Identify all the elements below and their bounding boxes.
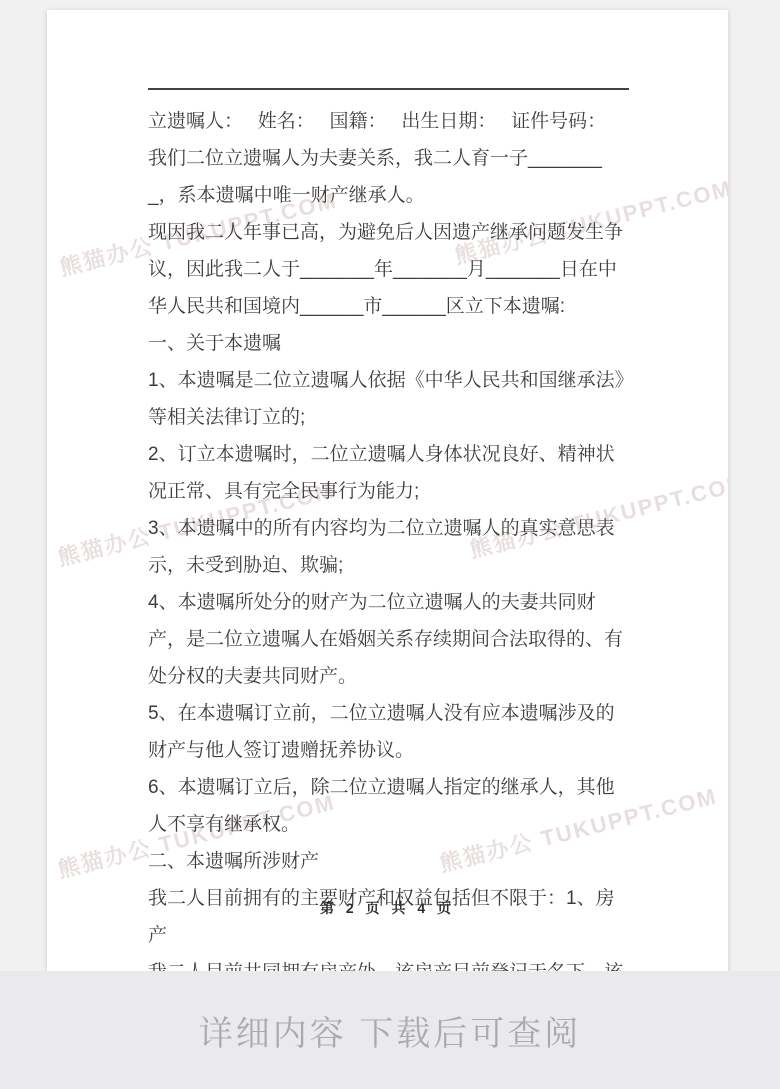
paragraph: 2、订立本遗嘱时，二位立遗嘱人身体状况良好、精神状况正常、具有完全民事行为能力; [148, 436, 629, 510]
document-page: 熊猫办公 TUKUPPT.COM熊猫办公 TUKUPPT.COM熊猫办公 TUK… [47, 10, 728, 971]
paragraph: 3、本遗嘱中的所有内容均为二位立遗嘱人的真实意思表示，未受到胁迫、欺骗; [148, 510, 629, 584]
page-number: 第 2 页 共 4 页 [47, 898, 728, 918]
header-rule [148, 88, 629, 90]
download-hint-bar: 详细内容 下载后可查阅 [0, 971, 780, 1089]
paragraph: 我二人目前共同拥有房产处，该房产目前登记于名下，该房产为我二 [148, 954, 629, 971]
paragraph: 5、在本遗嘱订立前，二位立遗嘱人没有应本遗嘱涉及的财产与他人签订遗赠抚养协议。 [148, 695, 629, 769]
paragraph: 1、本遗嘱是二位立遗嘱人依据《中华人民共和国继承法》等相关法律订立的; [148, 362, 629, 436]
testator-info-line: 立遗嘱人： 姓名： 国籍： 出生日期： 证件号码： [148, 103, 629, 140]
paragraph: 我们二位立遗嘱人为夫妻关系，我二人育一子________，系本遗嘱中唯一财产继承… [148, 140, 629, 214]
paragraph: 4、本遗嘱所处分的财产为二位立遗嘱人的夫妻共同财产，是二位立遗嘱人在婚姻关系存续… [148, 584, 629, 695]
paragraph: 一、关于本遗嘱 [148, 325, 629, 362]
paragraph: 现因我二人年事已高，为避免后人因遗产继承问题发生争议，因此我二人于_______… [148, 214, 629, 325]
preview-background: { "colors": { "stage_bg": "#f1f1f2", "pa… [0, 0, 780, 1089]
document-content: 立遗嘱人： 姓名： 国籍： 出生日期： 证件号码： 我们二位立遗嘱人为夫妻关系，… [148, 78, 629, 971]
paragraph: 6、本遗嘱订立后，除二位立遗嘱人指定的继承人，其他人不享有继承权。 [148, 769, 629, 843]
download-hint-text: 详细内容 下载后可查阅 [199, 1006, 581, 1055]
paragraph: 二、本遗嘱所涉财产 [148, 843, 629, 880]
paragraph-list: 我们二位立遗嘱人为夫妻关系，我二人育一子________，系本遗嘱中唯一财产继承… [148, 140, 629, 971]
